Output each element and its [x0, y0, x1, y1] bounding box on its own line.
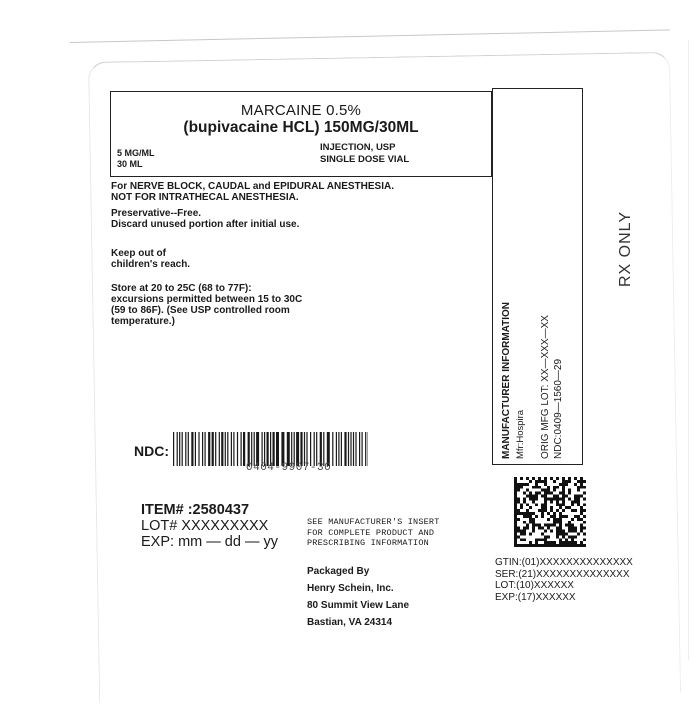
dosage-form: INJECTION, USP — [320, 142, 396, 153]
scan-edge — [688, 40, 689, 660]
indication-line: For NERVE BLOCK, CAUDAL and EPIDURAL ANE… — [111, 181, 394, 192]
rx-only: RX ONLY — [617, 211, 635, 287]
storage-line: excursions permitted between 15 to 30C — [111, 294, 302, 305]
preservative-text: Preservative--Free. Discard unused porti… — [111, 208, 299, 230]
serial-number: SER:(21)XXXXXXXXXXXXXX — [495, 569, 633, 581]
packager-line: Packaged By — [307, 563, 409, 580]
original-ndc: NDC:0409—1560—29 — [553, 359, 564, 459]
gs1-identifiers: GTIN:(01)XXXXXXXXXXXXXX SER:(21)XXXXXXXX… — [495, 557, 633, 603]
product-title-box: MARCAINE 0.5% (bupivacaine HCL) 150MG/30… — [110, 91, 492, 177]
product-generic-strength: (bupivacaine HCL) 150MG/30ML — [111, 119, 491, 137]
packager-line: Bastian, VA 24314 — [307, 614, 409, 631]
keep-out-line: children's reach. — [111, 259, 190, 270]
indication-line: NOT FOR INTRATHECAL ANESTHESIA. — [111, 192, 394, 203]
storage-line: temperature.) — [111, 316, 302, 327]
total-strength: 150MG/30ML — [324, 119, 419, 136]
ndc-number: 0404-9907-30 — [246, 462, 331, 474]
keep-out-text: Keep out of children's reach. — [111, 248, 190, 270]
storage-line: Store at 20 to 25C (68 to 77F): — [111, 283, 302, 294]
generic-name: (bupivacaine HCL) — [183, 119, 319, 136]
storage-text: Store at 20 to 25C (68 to 77F): excursio… — [111, 283, 302, 327]
datamatrix-code-icon — [514, 477, 586, 547]
vial-type: SINGLE DOSE VIAL — [320, 154, 409, 165]
expiration-date: EXP: mm — dd — yy — [141, 534, 278, 550]
manufacturer-heading: MANUFACTURER INFORMATION — [501, 302, 512, 459]
packager-info: Packaged By Henry Schein, Inc. 80 Summit… — [307, 563, 409, 631]
packager-line: 80 Summit View Lane — [307, 597, 409, 614]
insert-notice-line: SEE MANUFACTURER'S INSERT — [307, 517, 440, 528]
original-lot: ORIG MFG LOT: XX—XXX—XX — [540, 315, 551, 459]
lot-number: LOT# XXXXXXXXX — [141, 518, 268, 534]
ndc-label: NDC: — [134, 443, 169, 459]
insert-notice-line: PRESCRIBING INFORMATION — [307, 538, 440, 549]
gs1-exp: EXP:(17)XXXXXX — [495, 592, 633, 604]
product-name: MARCAINE 0.5% — [111, 102, 491, 119]
linear-barcode-icon — [173, 432, 368, 466]
concentration: 5 MG/ML — [117, 148, 155, 158]
preservative-line: Discard unused portion after initial use… — [111, 219, 299, 230]
preservative-line: Preservative--Free. — [111, 208, 299, 219]
gtin: GTIN:(01)XXXXXXXXXXXXXX — [495, 557, 633, 569]
indication-text: For NERVE BLOCK, CAUDAL and EPIDURAL ANE… — [111, 181, 394, 203]
item-number: ITEM# :2580437 — [141, 502, 249, 518]
insert-notice-line: FOR COMPLETE PRODUCT AND — [307, 528, 440, 539]
keep-out-line: Keep out of — [111, 248, 190, 259]
packager-line: Henry Schein, Inc. — [307, 580, 409, 597]
storage-line: (59 to 86F). (See USP controlled room — [111, 305, 302, 316]
sheet-edge — [70, 29, 670, 53]
manufacturer-name: Mfr:Hospira — [515, 410, 526, 459]
volume: 30 ML — [117, 159, 143, 169]
insert-notice: SEE MANUFACTURER'S INSERT FOR COMPLETE P… — [307, 517, 440, 549]
manufacturer-info-panel: MANUFACTURER INFORMATION Mfr:Hospira ORI… — [492, 88, 583, 465]
gs1-lot: LOT:(10)XXXXXX — [495, 580, 633, 592]
